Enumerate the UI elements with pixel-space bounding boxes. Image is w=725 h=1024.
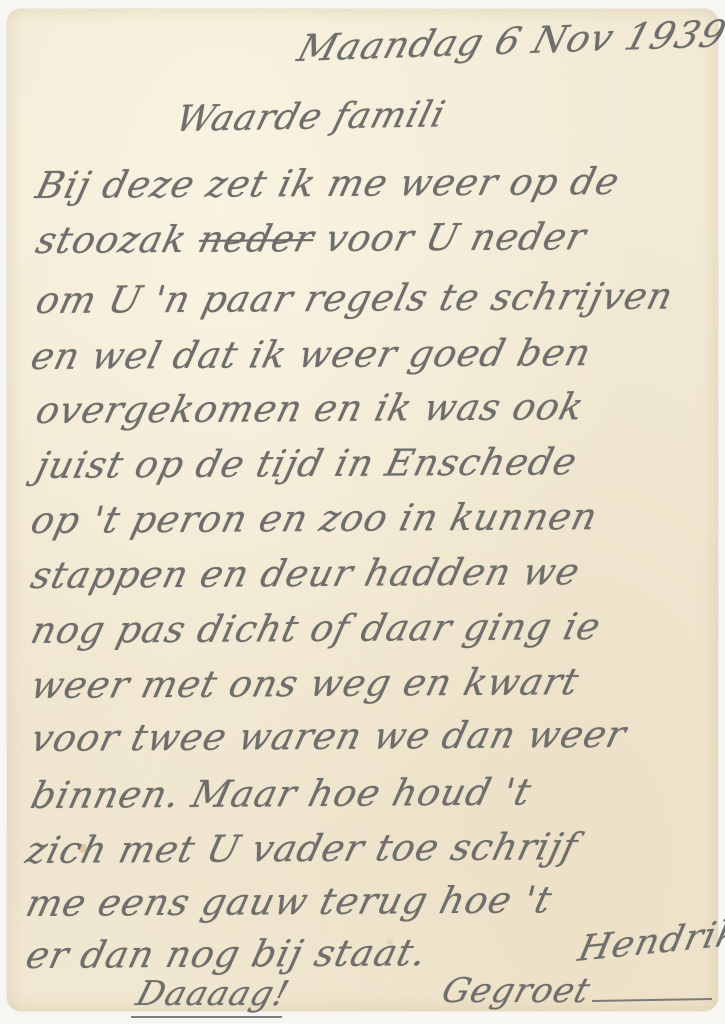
body-text: nog pas dicht of daar ging ie <box>27 605 606 652</box>
body-text: juist op de tijd in Enschede <box>32 440 582 487</box>
postcard: Maandag 6 Nov 1939 Waarde famili Bij dez… <box>7 9 718 1011</box>
body-line: overgekomen en ik was ook <box>32 385 589 432</box>
body-line: stappen en deur hadden we <box>27 550 585 597</box>
signature: Hendrik <box>575 913 725 970</box>
signature-underline <box>592 998 712 1002</box>
body-line: juist op de tijd in Enschede <box>32 440 582 487</box>
body-line: en wel dat ik weer goed ben <box>27 331 596 378</box>
body-text: weer met ons weg en kwart <box>27 660 584 707</box>
body-line: voor twee waren we dan weer <box>27 713 631 760</box>
closing-greeting: Gegroet <box>437 971 595 1011</box>
body-text: er dan nog bij staat. <box>22 931 432 977</box>
salutation: Waarde famili <box>171 94 450 140</box>
body-line: weer met ons weg en kwart <box>27 660 584 707</box>
body-text: zich met U vader toe schrijf <box>22 825 583 872</box>
body-text: binnen. Maar hoe houd 't <box>27 771 536 817</box>
body-line: binnen. Maar hoe houd 't <box>27 771 536 817</box>
body-line: er dan nog bij staat. <box>22 931 432 977</box>
closing-farewell: Daaaag! <box>131 974 294 1018</box>
body-line: Bij deze zet ik me weer op de <box>32 160 624 207</box>
body-text: stappen en deur hadden we <box>27 550 585 597</box>
body-text: stoozak <box>32 218 205 262</box>
body-line: me eens gauw terug hoe 't <box>22 878 557 925</box>
struck-word: neder <box>194 217 319 261</box>
body-text: op 't peron en zoo in kunnen <box>27 495 602 542</box>
body-text: me eens gauw terug hoe 't <box>22 878 557 925</box>
date-line: Maandag 6 Nov 1939 <box>293 12 725 70</box>
body-line: zich met U vader toe schrijf <box>22 825 583 872</box>
body-text: Bij deze zet ik me weer op de <box>32 160 624 207</box>
body-line: stoozak neder voor U neder <box>32 215 591 262</box>
body-line: op 't peron en zoo in kunnen <box>27 495 602 542</box>
body-text: om U 'n paar regels te schrijven <box>32 275 678 322</box>
body-text: voor twee waren we dan weer <box>27 713 631 760</box>
body-text: overgekomen en ik was ook <box>32 385 589 432</box>
body-text: en wel dat ik weer goed ben <box>27 331 596 378</box>
body-text: voor U neder <box>308 215 590 260</box>
body-line: om U 'n paar regels te schrijven <box>32 275 678 322</box>
body-line: nog pas dicht of daar ging ie <box>27 605 606 652</box>
